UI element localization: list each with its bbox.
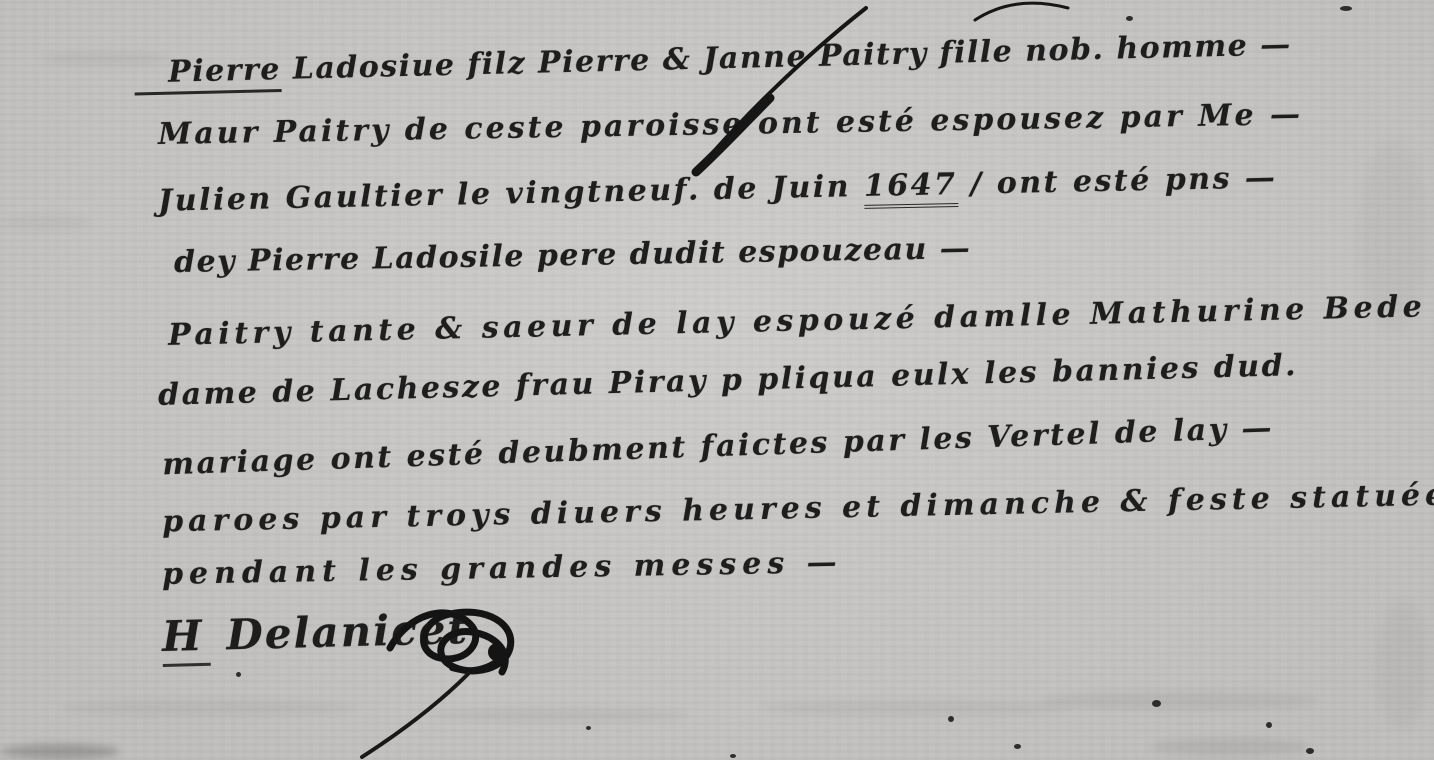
ink-speck [948,716,954,722]
handwritten-text: paroes par troys diuers heures et dimanc… [162,478,1434,540]
handwritten-text: Pierre [134,52,282,96]
signature-ink-blob [488,643,506,661]
ink-speck [236,672,241,677]
ink-speck [1126,16,1133,21]
signature-paraph-loop [452,652,504,670]
manuscript-line-5: Paitry tante & saeur de lay espouzé daml… [168,291,1434,351]
manuscript-line-8: paroes par troys diuers heures et dimanc… [162,481,1434,538]
ink-speck [1014,744,1021,749]
handwritten-text: dame de Lachesze frau Piray p pliqua eul… [158,348,1299,413]
bleedthrough-smudge [1040,692,1320,710]
manuscript-line-1: Pierre Ladosiue filz Pierre & Janne Pait… [168,30,1292,87]
manuscript-line-2: Maur Paitry de ceste paroisse ont esté e… [158,100,1303,150]
ink-speck [1340,6,1352,11]
manuscript-line-4: dey Pierre Ladosile pere dudit espouzeau… [174,234,972,278]
signature-name: Delanicet [209,604,469,660]
handwritten-text: mariage ont esté deubment faictes par le… [162,411,1275,483]
top-edge-flourish [975,3,1068,20]
bleedthrough-smudge [430,708,690,722]
manuscript-line-7: mariage ont esté deubment faictes par le… [162,414,1275,481]
ink-speck [730,754,736,758]
handwritten-text: pendant les grandes messes — [162,545,843,592]
signature: H Delanicet [162,608,470,658]
handwritten-text: dey Pierre Ladosile pere dudit espouzeau… [174,231,972,280]
ink-speck [1306,748,1314,754]
marriage-year: 1647 [864,167,958,209]
manuscript-page: Pierre Ladosiue filz Pierre & Janne Pait… [0,0,1434,760]
handwritten-text: Ladosiue filz Pierre & Janne Paitry fill… [280,27,1292,87]
signature-initial: H [161,611,210,667]
ink-speck [586,726,591,730]
ink-speck [1152,700,1161,707]
diagonal-slash-stroke [696,8,866,172]
handwritten-text: Paitry tante & saeur de lay espouzé daml… [168,288,1434,353]
bleedthrough-smudge [0,744,120,759]
bleedthrough-smudge [0,215,90,231]
handwritten-text: Maur Paitry de ceste paroisse ont esté e… [158,97,1303,152]
handwritten-text: / ont esté pns — [957,160,1278,202]
bleedthrough-smudge [60,700,360,716]
bleedthrough-smudge [1150,738,1310,756]
bleedthrough-smudge [1375,600,1430,730]
bleedthrough-smudge [760,700,1070,716]
manuscript-line-6: dame de Lachesze frau Piray p pliqua eul… [158,351,1299,411]
manuscript-line-9: pendant les grandes messes — [162,548,843,590]
ink-speck [1266,722,1272,728]
manuscript-line-3: Julien Gaultier le vingtneuf. de Juin 16… [158,163,1278,216]
handwritten-text: Julien Gaultier le vingtneuf. de Juin [158,169,865,219]
